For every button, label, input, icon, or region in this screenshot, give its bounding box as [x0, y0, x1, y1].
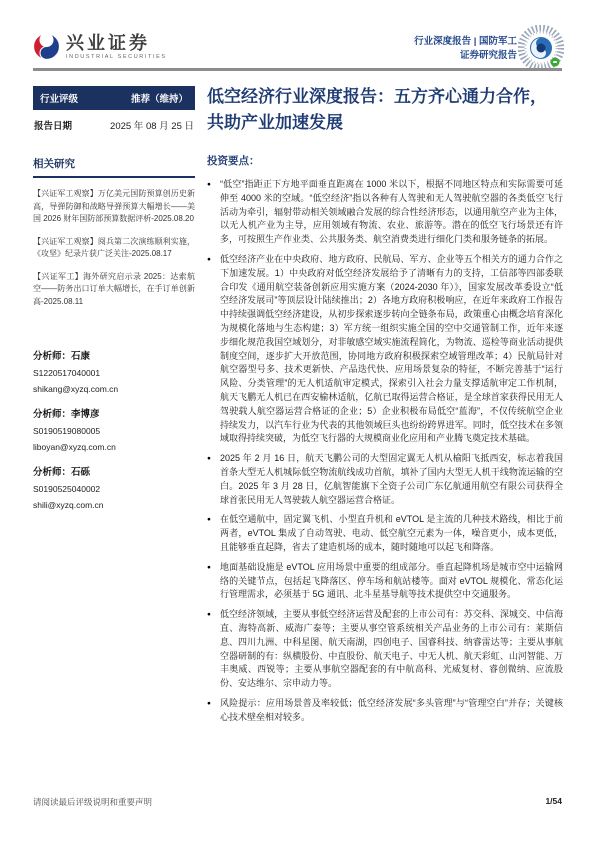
related-research-item: 【兴证军工观察】阅兵第二次演练顺利实施，《攻坚》纪录片获广泛关注-2025.08… [33, 236, 195, 261]
highlight-bullet: 2025 年 2 月 16 日，航天飞鹏公司的大型固定翼无人机从榆阳飞抵西安，标… [207, 452, 563, 507]
analyst-email: liboyan@xyzq.com.cn [33, 442, 195, 452]
analyst-entry: 分析师：石砾 S0190525040002 shili@xyzq.com.cn [33, 464, 195, 510]
report-sidebar: 行业评级 推荐（维持） 报告日期 2025 年 08 月 25 日 相关研究 【… [33, 86, 195, 514]
highlight-bullet: 风险提示：应用场景普及率较低；低空经济发展“多头管理”与“管理空白”并存；关键核… [207, 697, 563, 725]
header-divider [33, 68, 562, 71]
investment-highlights-heading: 投资要点： [207, 153, 563, 168]
related-research-item: 【兴证军工】海外研究启示录 2025：达索航空——防务出口订单大幅增长，在手订单… [33, 271, 195, 309]
brand-logo: 兴业证券 INDUSTRIAL SECURITIES [33, 33, 167, 60]
brand-swirl-icon [33, 33, 60, 60]
report-date-row: 报告日期 2025 年 08 月 25 日 [33, 110, 195, 132]
highlight-bullet: 低空经济产业在中央政府、地方政府、民航局、军方、企业等五个相关方的通力合作之下加… [207, 253, 563, 446]
analyst-name: 分析师：李博彦 [33, 406, 195, 420]
related-research-heading: 相关研究 [33, 156, 195, 178]
analyst-email: shikang@xyzq.com.cn [33, 384, 195, 394]
analyst-license-number: S0190519080005 [33, 426, 195, 436]
related-research-item: 【兴证军工观察】万亿美元国防预算创历史新高，导弹防御和战略导弹预算大幅增长——美… [33, 188, 195, 226]
analyst-license-number: S0190525040002 [33, 484, 195, 494]
highlight-bullet: 地面基础设施是 eVTOL 应用场景中重要的组成部分。垂直起降机场是城市空中运输… [207, 561, 563, 602]
footer-disclaimer: 请阅读最后评级说明和重要声明 [33, 796, 152, 808]
analyst-entry: 分析师：李博彦 S0190519080005 liboyan@xyzq.com.… [33, 406, 195, 452]
analysts-block: 分析师：石康 S1220517040001 shikang@xyzq.com.c… [33, 348, 195, 510]
report-type-label: 行业深度报告 | 国防军工 [414, 35, 517, 49]
analyst-license-number: S1220517040001 [33, 368, 195, 378]
related-research-list: 【兴证军工观察】万亿美元国防预算创历史新高，导弹防御和战略导弹预算大幅增长——美… [33, 188, 195, 308]
report-date-label: 报告日期 [34, 118, 72, 132]
analyst-name: 分析师：石砾 [33, 464, 195, 478]
investment-highlights-list: “低空”指距正下方地平面垂直距离在 1000 米以下，根据不同地区特点和实际需要… [207, 178, 563, 724]
brand-name-en: INDUSTRIAL SECURITIES [66, 54, 167, 60]
report-date-value: 2025 年 08 月 25 日 [110, 118, 194, 132]
highlight-bullet: 低空经济领域，主要从事低空经济运营及配套的上市公司有：苏交科、深城交、中信海直、… [207, 608, 563, 691]
industry-rating-box: 行业评级 推荐（维持） [33, 86, 195, 110]
brand-name-cn: 兴业证券 [66, 33, 167, 53]
analyst-email: shili@xyzq.com.cn [33, 500, 195, 510]
rating-value: 推荐（维持） [131, 91, 188, 105]
report-page: 兴业证券 INDUSTRIAL SECURITIES 行业深度报告 | 国防军工… [0, 0, 595, 841]
security-seal-stamp-icon [518, 25, 564, 71]
report-body: 低空经济行业深度报告：五方齐心通力合作，共助产业加速发展 投资要点： “低空”指… [207, 84, 563, 730]
analyst-entry: 分析师：石康 S1220517040001 shikang@xyzq.com.c… [33, 348, 195, 394]
report-title: 低空经济行业深度报告：五方齐心通力合作，共助产业加速发展 [207, 84, 563, 136]
analyst-name: 分析师：石康 [33, 348, 195, 362]
page-number: 1/54 [545, 796, 562, 806]
highlight-bullet: 在低空通航中，固定翼飞机、小型直升机和 eVTOL 是主流的几种技术路线，相比于… [207, 513, 563, 554]
report-category-label: 证券研究报告 [414, 49, 517, 63]
rating-label: 行业评级 [40, 91, 78, 105]
highlight-bullet: “低空”指距正下方地平面垂直距离在 1000 米以下，根据不同地区特点和实际需要… [207, 178, 563, 247]
